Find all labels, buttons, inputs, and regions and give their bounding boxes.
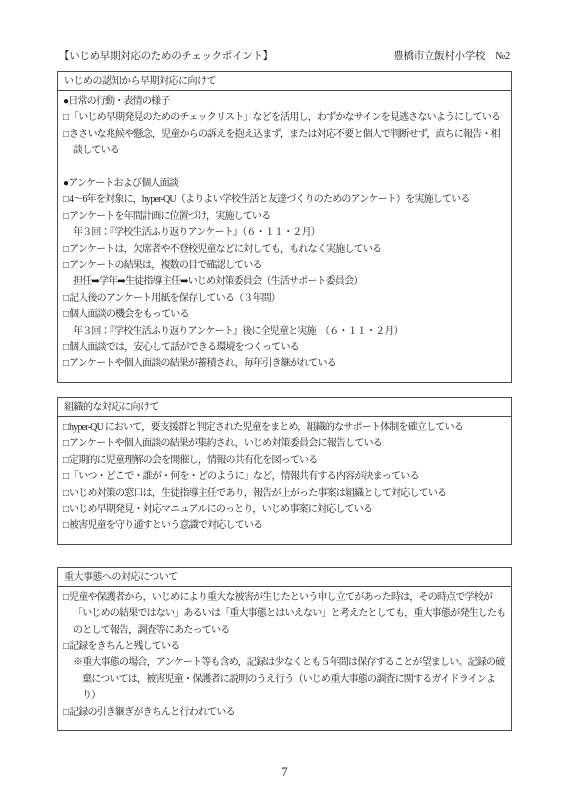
item-text: ささいな兆候や懸念，児童からの訴えを抱え込まず，または対応不要と個人で判断せず，… (69, 129, 500, 156)
item-text: 記録をきちんと残している (69, 641, 179, 652)
checklist-item: □個人面談の機会をもっている (63, 307, 507, 323)
checklist-item: □「いじめ早期発見のためのチェックリスト」などを活用し，わずかなサインを見逃さな… (63, 110, 507, 126)
doc-school-label: 豊橋市立飯村小学校 №2 (393, 48, 510, 63)
checklist-item: □「いつ・どこで・誰が・何を・どのように」など，情報共有する内容が決まっている (63, 469, 507, 485)
item-text: 被害児童を守り通すという意識で対応している (69, 520, 262, 531)
checklist-item: □記録をきちんと残している (63, 639, 507, 655)
bullet-heading: ●アンケートおよび個人面談 (63, 176, 507, 192)
item-text: アンケートの結果は，複数の目で確認している (69, 260, 262, 271)
checklist-item: □アンケートは，欠席者や不登校児童などに対しても，もれなく実施している (63, 242, 507, 258)
checklist-item: □アンケートを年間計画に位置づけ，実施している (63, 209, 507, 225)
checklist-item: □アンケートや個人面談の結果が蓄積され，毎年引き継がれている (63, 356, 507, 372)
item-text: アンケートおよび個人面談 (68, 178, 178, 189)
checklist-item: □hyper-QU において，要支援群と判定された児童をまとめ，組織的なサポート… (63, 420, 507, 436)
checklist-section: 組織的な対応に向けて□hyper-QU において，要支援群と判定された児童をまと… (57, 397, 512, 545)
checklist-item: □記録の引き継ぎがきちんと行われている (63, 705, 507, 721)
item-text: アンケートや個人面談の結果が蓄積され，毎年引き継がれている (69, 358, 336, 369)
item-text: 「いじめ早期発見のためのチェックリスト」などを活用し，わずかなサインを見逃さない… (69, 112, 500, 123)
item-text: 個人面談の機会をもっている (69, 309, 189, 320)
item-text: 日常の行動・表情の様子 (68, 96, 169, 107)
checklist-item: □アンケートの結果は，複数の目で確認している (63, 258, 507, 274)
section-body: □児童や保護者から，いじめにより重大な被害が生じたという申し立てがあった時は，そ… (58, 587, 511, 730)
checklist-item: □被害児童を守り通すという意識で対応している (63, 518, 507, 534)
checklist-item: □4～6年を対象に，hyper-QU（よりよい学校生活と友達づくりのためのアンケ… (63, 192, 507, 208)
section-title: いじめの認知から早期対応に向けて (58, 72, 511, 91)
section-body: ●日常の行動・表情の様子□「いじめ早期発見のためのチェックリスト」などを活用し，… (58, 91, 511, 382)
item-text: 個人面談では，安心して話ができる環境をつくっている (69, 342, 299, 353)
checklist-section: いじめの認知から早期対応に向けて●日常の行動・表情の様子□「いじめ早期発見のため… (57, 71, 512, 383)
note-icon: ※ (73, 657, 82, 668)
spacer (63, 160, 507, 176)
sub-line: 担任➡学年➡生徒指導主任➡いじめ対策委員会（生活サポート委員会） (63, 274, 507, 290)
sections: いじめの認知から早期対応に向けて●日常の行動・表情の様子□「いじめ早期発見のため… (57, 71, 512, 731)
item-text: 年３回：『学校生活ふり返りアンケート』（６・１１・２月） (73, 227, 320, 238)
checklist-item: □個人面談では，安心して話ができる環境をつくっている (63, 340, 507, 356)
item-text: 担任➡学年➡生徒指導主任➡いじめ対策委員会（生活サポート委員会） (73, 276, 363, 287)
checklist-item: □いじめ対策の窓口は，生徒指導主任であり，報告が上がった事案は組織として対応して… (63, 486, 507, 502)
section-title: 重大事態への対応について (58, 568, 511, 587)
item-text: 定期的に児童理解の会を開催し，情報の共有化を図っている (69, 455, 317, 466)
item-text: 4～6年を対象に，hyper-QU（よりよい学校生活と友達づくりのためのアンケー… (69, 194, 470, 205)
sub-line: 年３回：『学校生活ふり返りアンケート』（６・１１・２月） (63, 225, 507, 241)
item-text: 児童や保護者から，いじめにより重大な被害が生じたという申し立てがあった時は，その… (69, 592, 505, 636)
item-text: いじめ対策の窓口は，生徒指導主任であり，報告が上がった事案は組織として対応してい… (69, 488, 446, 499)
item-text: hyper-QU において，要支援群と判定された児童をまとめ，組織的なサポート体… (69, 422, 463, 433)
doc-header: 【いじめ早期対応のためのチェックポイント】 豊橋市立飯村小学校 №2 (57, 48, 512, 63)
note-line: ※重大事態の場合，アンケート等も含め，記録は少なくとも５年間は保存することが望ま… (63, 655, 507, 704)
checklist-item: □ささいな兆候や懸念，児童からの訴えを抱え込まず，または対応不要と個人で判断せず… (63, 127, 507, 160)
checklist-item: □定期的に児童理解の会を開催し，情報の共有化を図っている (63, 453, 507, 469)
checklist-section: 重大事態への対応について□児童や保護者から，いじめにより重大な被害が生じたという… (57, 567, 512, 731)
sub-line: 年３回：『学校生活ふり返りアンケート』後に全児童と実施 （６・１１・２月） (63, 324, 507, 340)
section-title: 組織的な対応に向けて (58, 398, 511, 417)
checklist-item: □児童や保護者から，いじめにより重大な被害が生じたという申し立てがあった時は，そ… (63, 590, 507, 639)
item-text: 年３回：『学校生活ふり返りアンケート』後に全児童と実施 （６・１１・２月） (73, 326, 403, 337)
item-text: アンケートや個人面談の結果が集約され，いじめ対策委員会に報告している (69, 438, 382, 449)
item-text: アンケートを年間計画に位置づけ，実施している (69, 211, 270, 222)
item-text: 「いつ・どこで・誰が・何を・どのように」など，情報共有する内容が決まっている (69, 471, 419, 482)
item-text: 記入後のアンケート用紙を保存している（３年間） (69, 293, 280, 304)
checklist-item: □いじめ早期発見・対応マニュアルにのっとり，いじめ事案に対応している (63, 502, 507, 518)
page-number: 7 (57, 765, 512, 780)
item-text: アンケートは，欠席者や不登校児童などに対しても，もれなく実施している (69, 244, 381, 255)
doc-title: 【いじめ早期対応のためのチェックポイント】 (59, 48, 273, 63)
item-text: 記録の引き継ぎがきちんと行われている (69, 707, 235, 718)
checklist-item: □アンケートや個人面談の結果が集約され，いじめ対策委員会に報告している (63, 436, 507, 452)
item-text: 重大事態の場合，アンケート等も含め，記録は少なくとも５年間は保存することが望まし… (82, 657, 504, 701)
bullet-heading: ●日常の行動・表情の様子 (63, 94, 507, 110)
document-page: 【いじめ早期対応のためのチェックポイント】 豊橋市立飯村小学校 №2 いじめの認… (0, 0, 565, 800)
section-body: □hyper-QU において，要支援群と判定された児童をまとめ，組織的なサポート… (58, 417, 511, 544)
item-text: いじめ早期発見・対応マニュアルにのっとり，いじめ事案に対応している (69, 504, 372, 515)
checklist-item: □記入後のアンケート用紙を保存している（３年間） (63, 291, 507, 307)
